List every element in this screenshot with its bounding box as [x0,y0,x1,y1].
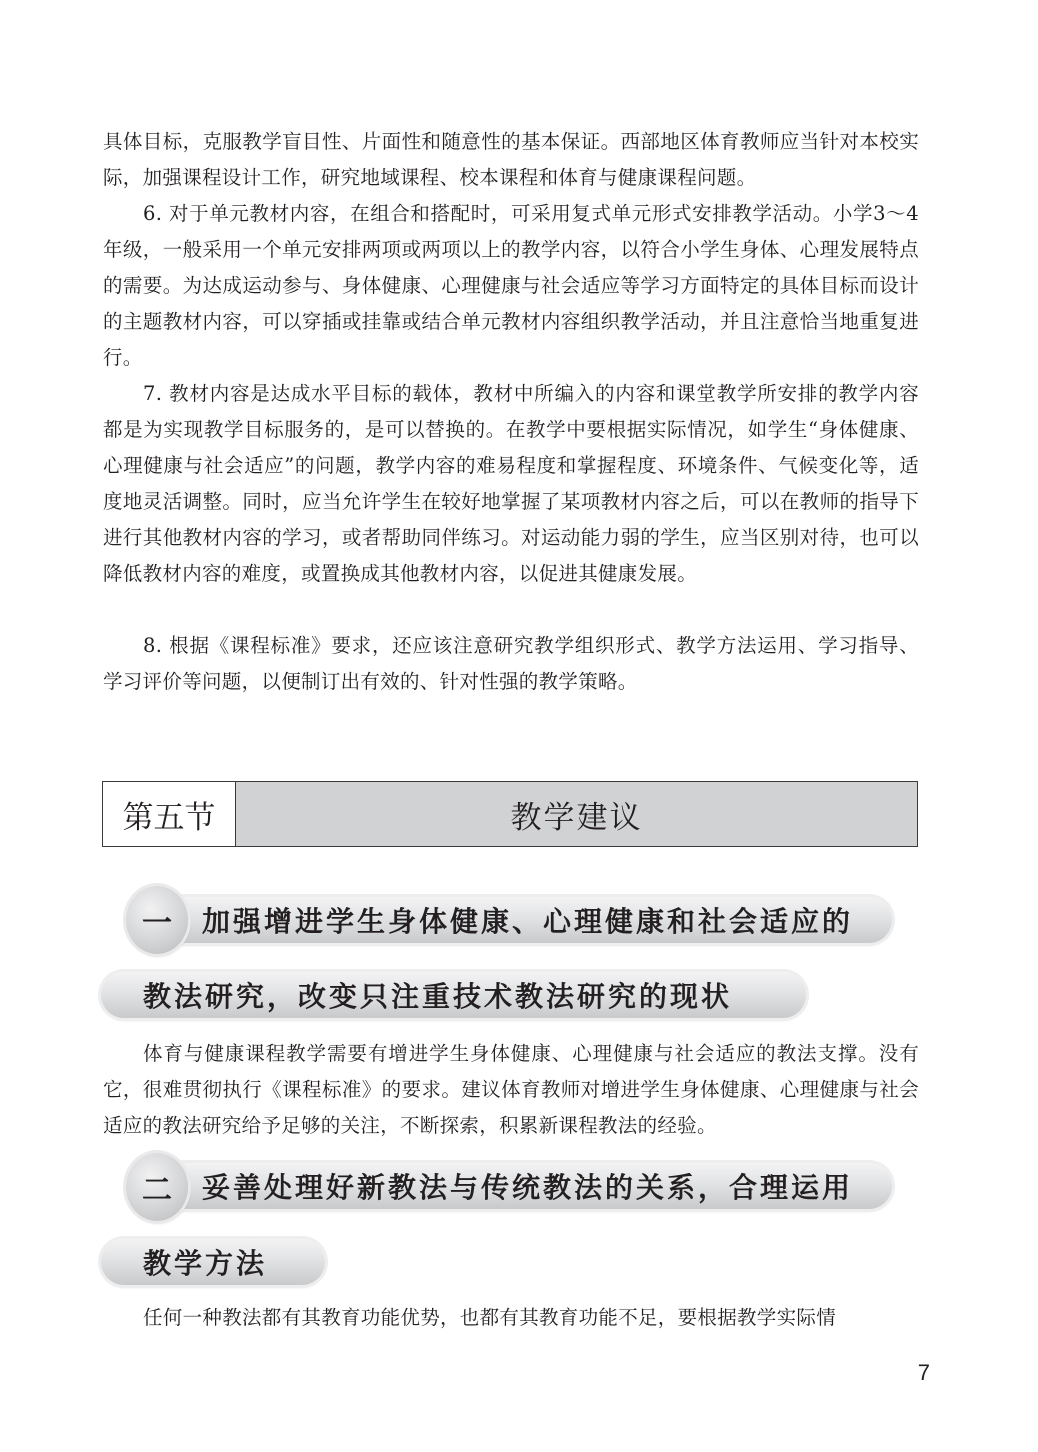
paragraph-item-8: 8. 根据《课程标准》要求，还应该注意研究教学组织形式、教学方法运用、学习指导、… [103,628,919,700]
paragraph-intro-continuation: 具体目标，克服教学盲目性、片面性和随意性的基本保证。西部地区体育教师应当针对本校… [103,124,919,196]
subsection-2-heading-line2: 教学方法 [101,1239,325,1285]
subsection-1-numeral: 一 [142,898,172,942]
page-number: 7 [918,1360,930,1386]
subsection-1-heading-line2-text: 教法研究，改变只注重技术教法研究的现状 [143,975,732,1015]
document-page: 具体目标，克服教学盲目性、片面性和随意性的基本保证。西部地区体育教师应当针对本校… [0,0,1038,1452]
subsection-1-heading-line1-text: 加强增进学生身体健康、心理健康和社会适应的 [202,900,853,940]
subsection-2-numeral: 二 [142,1165,172,1209]
paragraph-item-6: 6. 对于单元教材内容，在组合和搭配时，可采用复式单元形式安排教学活动。小学3～… [103,196,919,376]
subsection-1-numeral-badge: 一 [126,886,188,954]
section-number-label: 第五节 [103,782,236,846]
subsection-1-heading-line2: 教法研究，改变只注重技术教法研究的现状 [101,972,806,1018]
subsection-1-heading-line1: 加强增进学生身体健康、心理健康和社会适应的 [150,897,892,943]
subsection-2-heading-line2-text: 教学方法 [143,1242,267,1282]
subsection-2-numeral-badge: 二 [126,1153,188,1221]
subsection-1-body: 体育与健康课程教学需要有增进学生身体健康、心理健康与社会适应的教法支撑。没有它，… [103,1036,919,1144]
section-header: 第五节 教学建议 [102,781,918,847]
subsection-2-heading-line1-text: 妥善处理好新教法与传统教法的关系，合理运用 [202,1166,853,1206]
subsection-2-heading-line1: 妥善处理好新教法与传统教法的关系，合理运用 [150,1163,892,1209]
paragraph-item-7: 7. 教材内容是达成水平目标的载体，教材中所编入的内容和课堂教学所安排的教学内容… [103,376,919,592]
section-title: 教学建议 [236,782,917,846]
subsection-2-body: 任何一种教法都有其教育功能优势，也都有其教育功能不足，要根据教学实际情 [103,1300,919,1336]
